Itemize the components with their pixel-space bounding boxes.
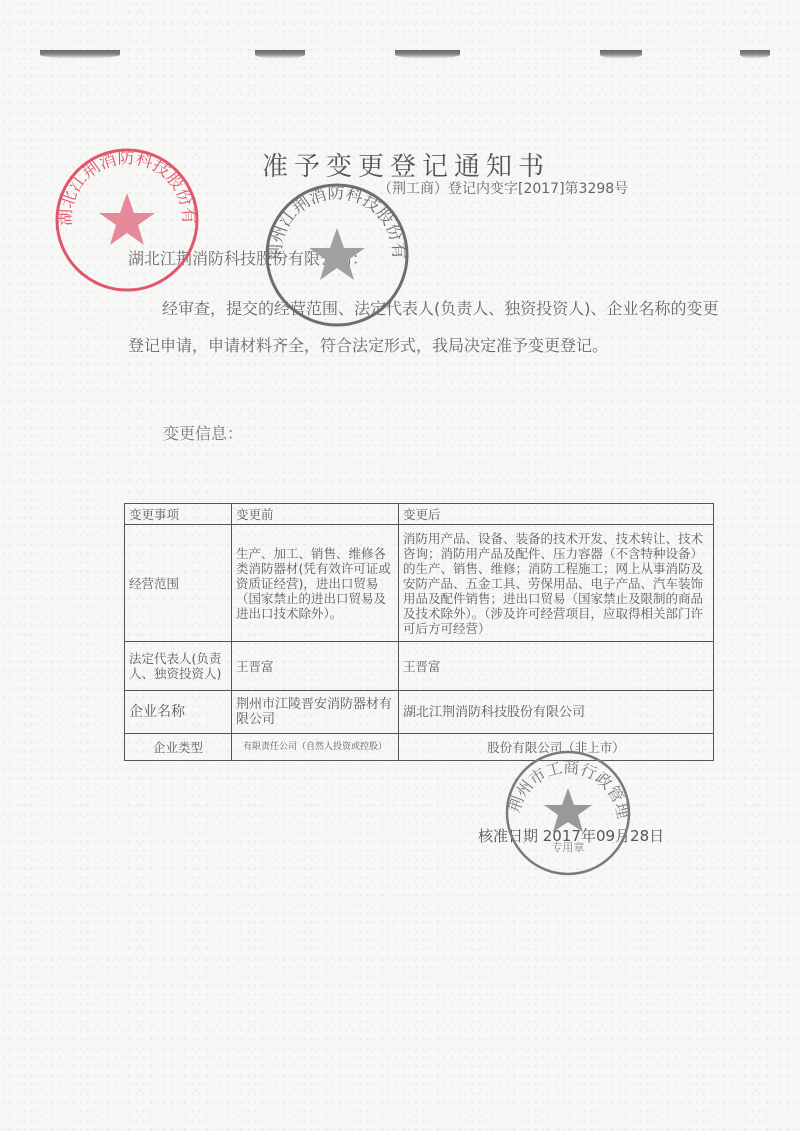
row-before: 生产、加工、销售、维修各类消防器材(凭有效许可证或资质证经营)，进出口贸易（国家… [232, 525, 399, 642]
star-icon [309, 228, 365, 280]
table-row: 企业名称 荆州市江陵晋安消防器材有限公司 湖北江荆消防科技股份有限公司 [125, 691, 714, 734]
reference-number: （荆工商）登记内变字[2017]第3298号 [378, 178, 628, 198]
row-before: 荆州市江陵晋安消防器材有限公司 [232, 691, 399, 734]
star-icon [544, 788, 592, 832]
company-seal-gray: 荆州江荆消防科技股份有限公司 [262, 180, 412, 330]
company-seal-red: 湖北江荆消防科技股份有限公司 [52, 145, 202, 295]
row-item: 企业类型 [125, 734, 232, 761]
binder-mark [40, 50, 120, 58]
binder-mark [600, 50, 642, 58]
body-text: 经审查，提交的经营范围、法定代表人(负责人、独资投资人)、企业名称的变更登记申请… [128, 290, 728, 364]
seal-subtext: 专用章 [552, 840, 585, 854]
table-header-row: 变更事项 变更前 变更后 [125, 504, 714, 525]
row-after: 消防用产品、设备、装备的技术开发、技术转让、技术咨询；消防用产品及配件、压力容器… [399, 525, 714, 642]
row-before: 有限责任公司（自然人投资或控股） [232, 734, 399, 761]
table-row: 法定代表人(负责人、独资投资人) 王晋富 王晋富 [125, 642, 714, 691]
row-before: 王晋富 [232, 642, 399, 691]
row-after: 湖北江荆消防科技股份有限公司 [399, 691, 714, 734]
table-header: 变更前 [232, 504, 399, 525]
row-after: 王晋富 [399, 642, 714, 691]
change-info-label: 变更信息： [163, 421, 243, 444]
row-item: 企业名称 [125, 691, 232, 734]
company-seal-graphic: 湖北江荆消防科技股份有限公司 [52, 145, 202, 295]
binder-mark [740, 50, 770, 58]
authority-seal: 荆州市工商行政管理局 专用章 [503, 748, 633, 878]
row-item: 法定代表人(负责人、独资投资人) [125, 642, 232, 691]
change-table: 变更事项 变更前 变更后 经营范围 生产、加工、销售、维修各类消防器材(凭有效许… [124, 503, 714, 761]
row-item: 经营范围 [125, 525, 232, 642]
authority-seal-graphic: 荆州市工商行政管理局 专用章 [503, 748, 633, 878]
table-row: 经营范围 生产、加工、销售、维修各类消防器材(凭有效许可证或资质证经营)，进出口… [125, 525, 714, 642]
company-seal-graphic: 荆州江荆消防科技股份有限公司 [262, 180, 412, 330]
binder-mark [395, 50, 460, 58]
table-header: 变更事项 [125, 504, 232, 525]
star-icon [99, 193, 155, 245]
table-header: 变更后 [399, 504, 714, 525]
binder-mark [255, 50, 305, 58]
body-paragraph: 经审查，提交的经营范围、法定代表人(负责人、独资投资人)、企业名称的变更登记申请… [128, 290, 728, 364]
